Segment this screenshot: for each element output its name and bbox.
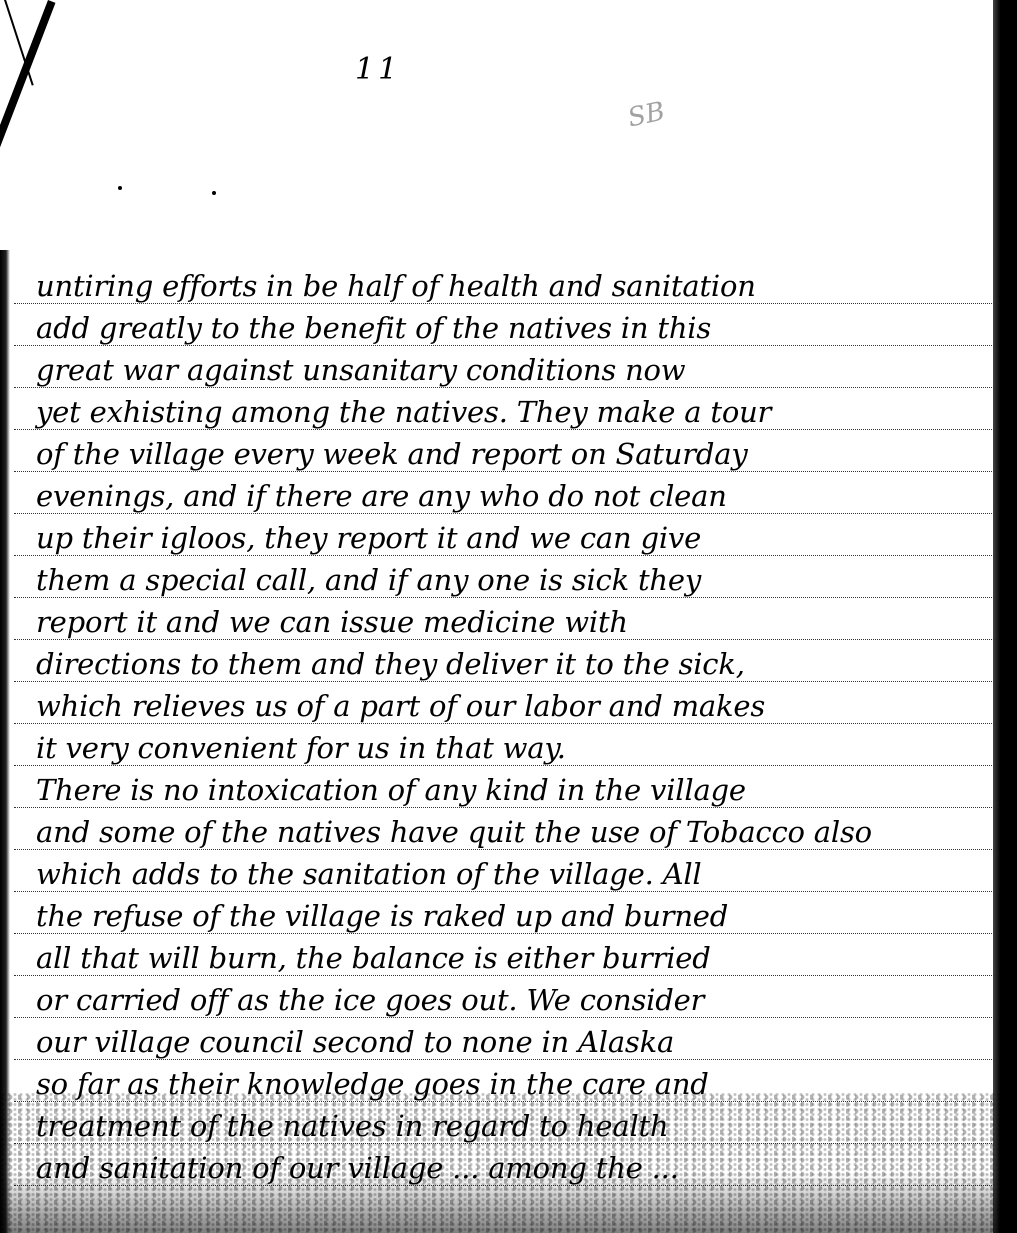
scanned-handwritten-page: 11 SB untiring efforts in be half of hea…: [0, 0, 1017, 1233]
text-line: great war against unsanitary conditions …: [14, 346, 994, 388]
text-line: which relieves us of a part of our labor…: [14, 682, 994, 724]
line-text: all that will burn, the balance is eithe…: [14, 941, 711, 975]
text-line: There is no intoxication of any kind in …: [14, 766, 994, 808]
line-text: our village council second to none in Al…: [14, 1025, 674, 1059]
text-line: evenings, and if there are any who do no…: [14, 472, 994, 514]
ink-speck: [212, 191, 216, 195]
line-text: untiring efforts in be half of health an…: [14, 269, 756, 303]
text-line: it very convenient for us in that way.: [14, 724, 994, 766]
line-text: it very convenient for us in that way.: [14, 731, 566, 765]
faint-stamp-mark: SB: [625, 77, 765, 163]
line-text: of the village every week and report on …: [14, 437, 748, 471]
line-text: directions to them and they deliver it t…: [14, 647, 745, 681]
text-line: them a special call, and if any one is s…: [14, 556, 994, 598]
text-line: and some of the natives have quit the us…: [14, 808, 994, 850]
page-number: 11: [355, 52, 401, 87]
line-text: add greatly to the benefit of the native…: [14, 311, 711, 345]
line-text: them a special call, and if any one is s…: [14, 563, 701, 597]
text-line: directions to them and they deliver it t…: [14, 640, 994, 682]
line-text: and sanitation of our village ... among …: [14, 1151, 679, 1185]
handwritten-text-body: untiring efforts in be half of health an…: [14, 262, 994, 1186]
line-text: evenings, and if there are any who do no…: [14, 479, 727, 513]
text-line: or carried off as the ice goes out. We c…: [14, 976, 994, 1018]
text-line: of the village every week and report on …: [14, 430, 994, 472]
text-line: add greatly to the benefit of the native…: [14, 304, 994, 346]
line-text: which adds to the sanitation of the vill…: [14, 857, 702, 891]
ink-speck: [118, 186, 122, 190]
line-text: treatment of the natives in regard to he…: [14, 1109, 668, 1143]
text-line: yet exhisting among the natives. They ma…: [14, 388, 994, 430]
text-line: so far as their knowledge goes in the ca…: [14, 1060, 994, 1102]
text-line: up their igloos, they report it and we c…: [14, 514, 994, 556]
line-text: up their igloos, they report it and we c…: [14, 521, 701, 555]
text-line: and sanitation of our village ... among …: [14, 1144, 994, 1186]
line-text: so far as their knowledge goes in the ca…: [14, 1067, 709, 1101]
scan-edge-right: [993, 0, 1017, 1233]
scan-edge-left: [0, 250, 10, 1233]
text-line: treatment of the natives in regard to he…: [14, 1102, 994, 1144]
line-text: There is no intoxication of any kind in …: [14, 773, 746, 807]
line-text: report it and we can issue medicine with: [14, 605, 628, 639]
line-text: and some of the natives have quit the us…: [14, 815, 872, 849]
line-text: which relieves us of a part of our labor…: [14, 689, 765, 723]
text-line: our village council second to none in Al…: [14, 1018, 994, 1060]
text-line: which adds to the sanitation of the vill…: [14, 850, 994, 892]
text-line: untiring efforts in be half of health an…: [14, 262, 994, 304]
paper-fold-mark: [0, 0, 55, 190]
text-line: all that will burn, the balance is eithe…: [14, 934, 994, 976]
line-text: yet exhisting among the natives. They ma…: [14, 395, 771, 429]
line-text: the refuse of the village is raked up an…: [14, 899, 728, 933]
text-line: the refuse of the village is raked up an…: [14, 892, 994, 934]
line-text: great war against unsanitary conditions …: [14, 353, 685, 387]
text-line: report it and we can issue medicine with: [14, 598, 994, 640]
line-text: or carried off as the ice goes out. We c…: [14, 983, 704, 1017]
